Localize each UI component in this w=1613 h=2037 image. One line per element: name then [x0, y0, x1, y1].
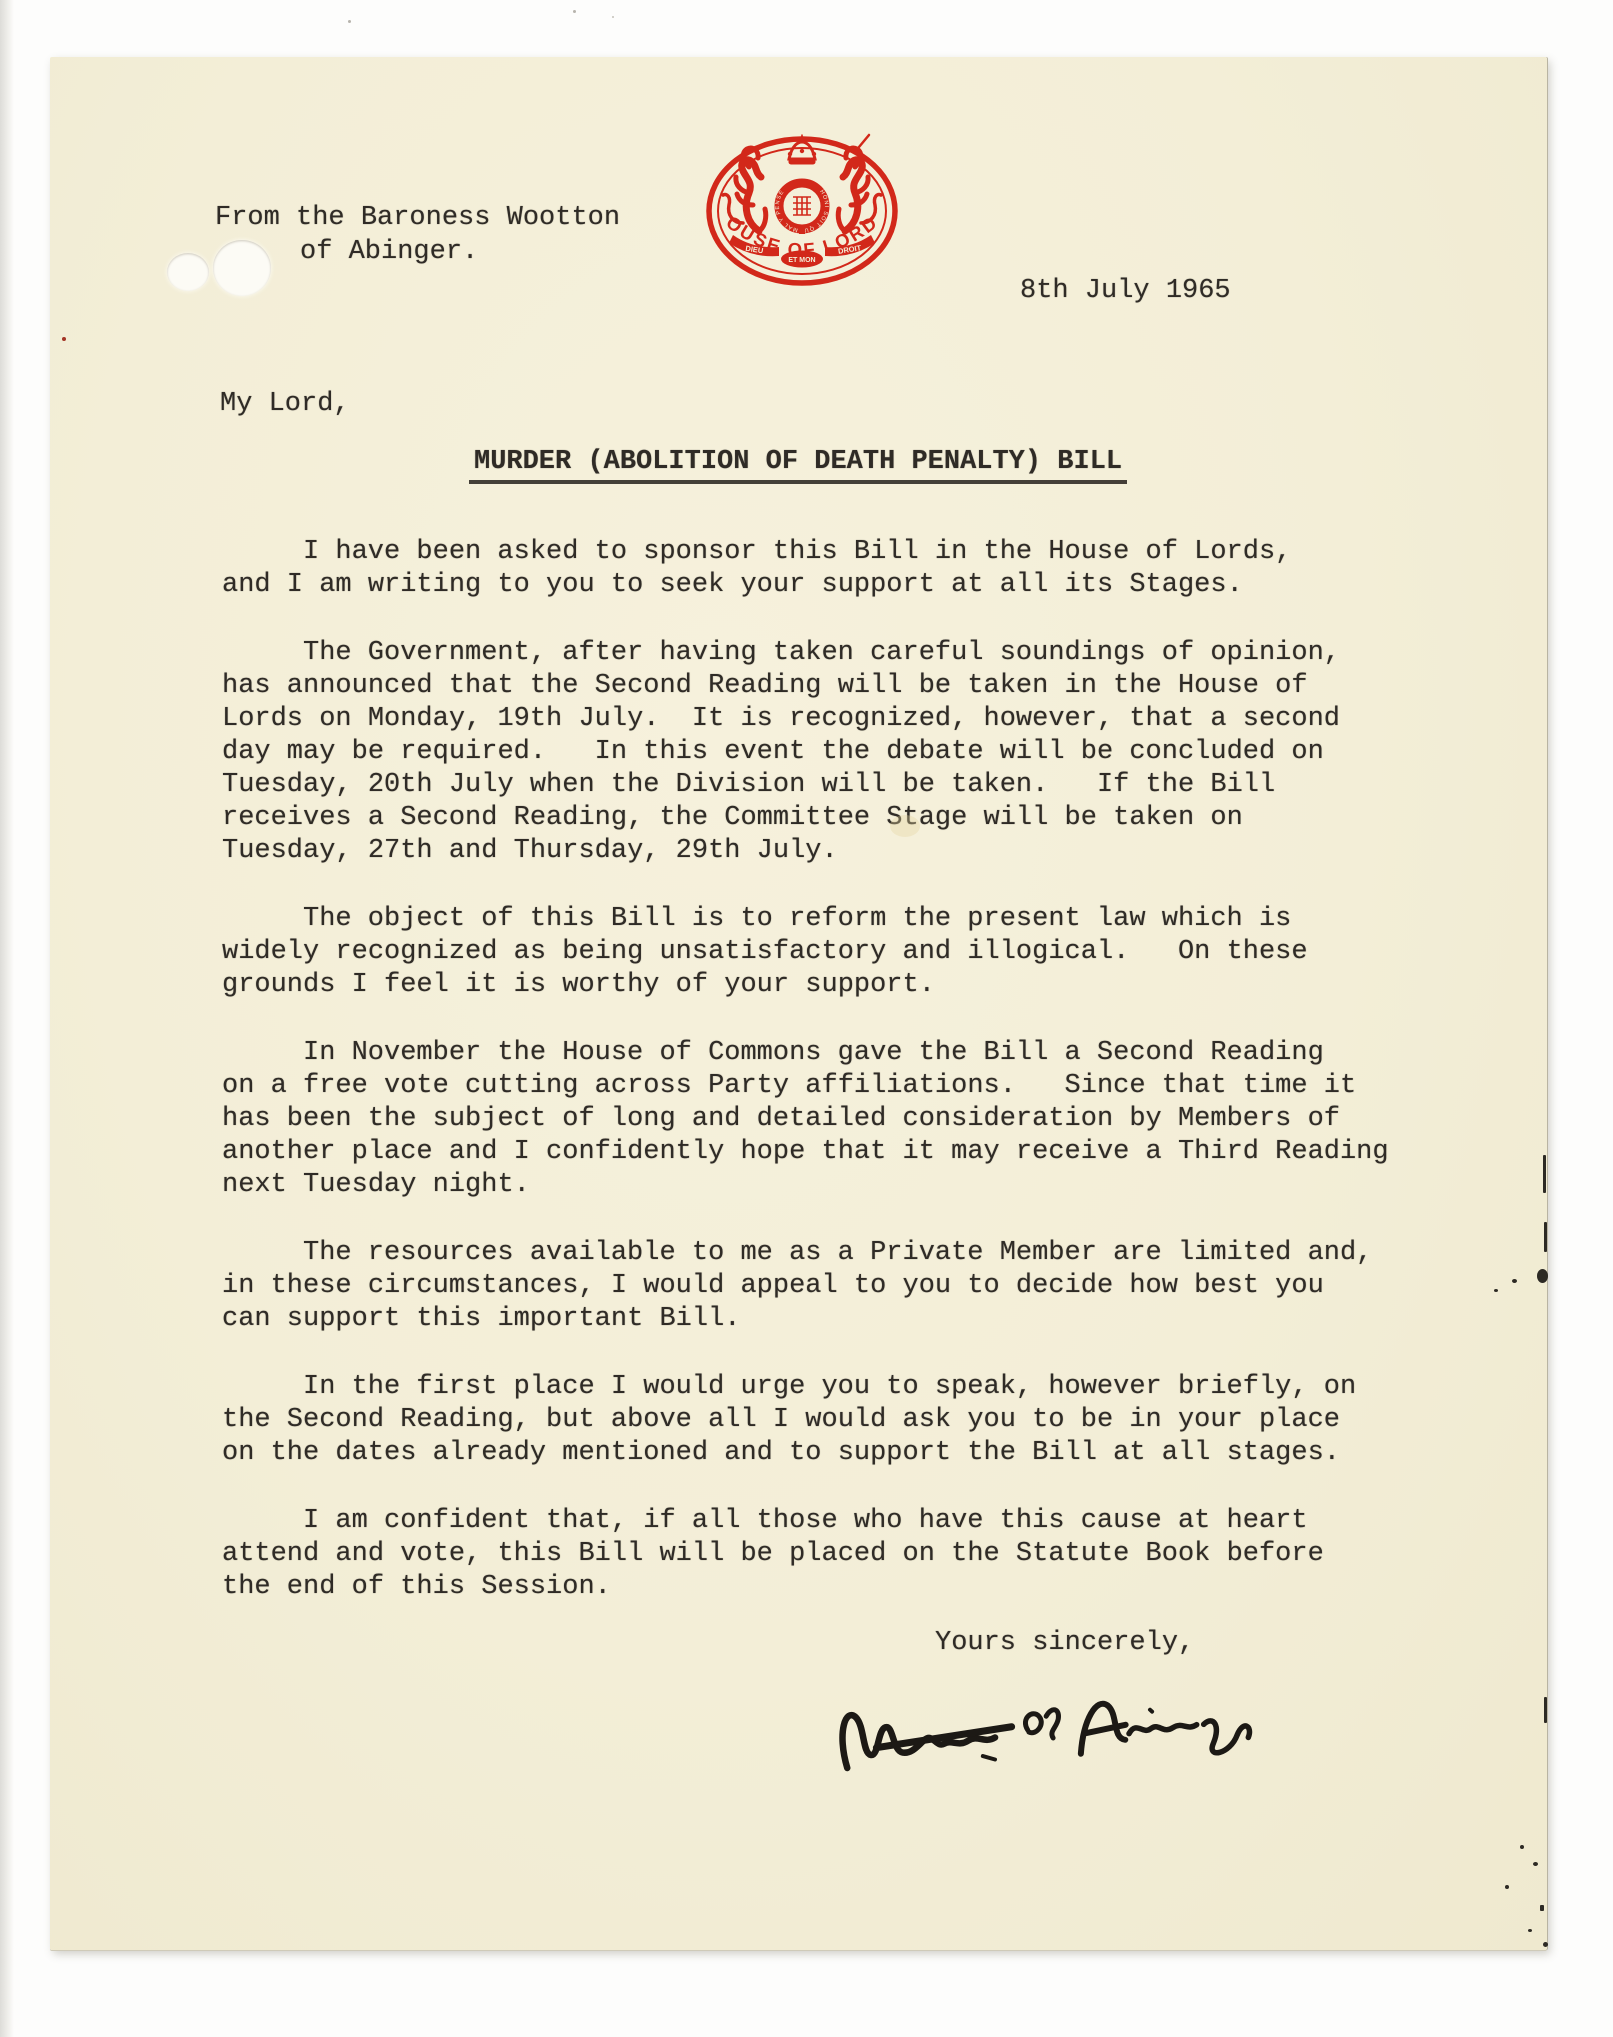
letter-paragraph: The resources available to me as a Priva…	[222, 1237, 1452, 1336]
letter-line: and I am writing to you to seek your sup…	[222, 569, 1452, 602]
letter-paragraph: In November the House of Commons gave th…	[222, 1037, 1452, 1202]
letter-paragraph: I am confident that, if all those who ha…	[222, 1505, 1452, 1604]
letter-line: receives a Second Reading, the Committee…	[222, 802, 1452, 835]
letter-line: the end of this Session.	[222, 1571, 1452, 1604]
letter-line: The object of this Bill is to reform the…	[222, 903, 1452, 936]
ink-mark	[1544, 1697, 1547, 1723]
ink-speck	[1520, 1845, 1524, 1849]
red-speck	[62, 337, 66, 341]
subject-heading: MURDER (ABOLITION OF DEATH PENALTY) BILL	[469, 446, 1127, 484]
letter-paragraph: The object of this Bill is to reform the…	[222, 903, 1452, 1002]
scan-speck	[573, 10, 576, 13]
letter-paragraph: In the first place I would urge you to s…	[222, 1371, 1452, 1470]
scanner-edge-shadow	[0, 0, 14, 2037]
closing-phrase: Yours sincerely,	[935, 1627, 1194, 1660]
ink-speck	[1505, 1885, 1509, 1889]
letter-line: on a free vote cutting across Party affi…	[222, 1070, 1452, 1103]
letter-line: has announced that the Second Reading wi…	[222, 670, 1452, 703]
motto-left-text: DIEU	[745, 244, 764, 256]
letter-body: I have been asked to sponsor this Bill i…	[222, 536, 1452, 1639]
paper-damage-spot	[167, 253, 209, 291]
letter-line: in these circumstances, I would appeal t…	[222, 1270, 1452, 1303]
letter-line: I am confident that, if all those who ha…	[222, 1505, 1452, 1538]
letter-line: In November the House of Commons gave th…	[222, 1037, 1452, 1070]
letter-line: I have been asked to sponsor this Bill i…	[222, 536, 1452, 569]
ink-mark	[1544, 1222, 1547, 1252]
letter-line: In the first place I would urge you to s…	[222, 1371, 1452, 1404]
salutation: My Lord,	[220, 388, 350, 421]
letter-line: The resources available to me as a Priva…	[222, 1237, 1452, 1270]
letter-date: 8th July 1965	[1020, 275, 1231, 308]
letter-line: Tuesday, 20th July when the Division wil…	[222, 769, 1452, 802]
letter-line: day may be required. In this event the d…	[222, 736, 1452, 769]
ink-mark	[1512, 1279, 1517, 1283]
letter-paragraph: I have been asked to sponsor this Bill i…	[222, 536, 1452, 602]
letter-line: can support this important Bill.	[222, 1303, 1452, 1336]
ink-mark	[1543, 1155, 1546, 1193]
ink-speck	[1543, 1942, 1548, 1947]
ink-speck	[1528, 1929, 1532, 1932]
letter-line: Tuesday, 27th and Thursday, 29th July.	[222, 835, 1452, 868]
letter-line: next Tuesday night.	[222, 1169, 1452, 1202]
ink-speck	[1540, 1905, 1544, 1911]
signature-wootton-of-abinger	[829, 1655, 1275, 1814]
letter-line: widely recognized as being unsatisfactor…	[222, 936, 1452, 969]
letter-line: on the dates already mentioned and to su…	[222, 1437, 1452, 1470]
letter-line: attend and vote, this Bill will be place…	[222, 1538, 1452, 1571]
scan-speck	[612, 16, 614, 18]
letterhead-sender-line2: of Abinger.	[300, 236, 478, 269]
letter-line: the Second Reading, but above all I woul…	[222, 1404, 1452, 1437]
letter-line: Lords on Monday, 19th July. It is recogn…	[222, 703, 1452, 736]
letter-page: From the Baroness Wootton of Abinger. HO…	[50, 57, 1547, 1950]
scan-speck	[348, 20, 351, 23]
ink-speck	[1533, 1862, 1538, 1866]
letter-paragraph: The Government, after having taken caref…	[222, 637, 1452, 868]
letter-line: grounds I feel it is worthy of your supp…	[222, 969, 1452, 1002]
motto-center-text: ET MON	[788, 257, 815, 264]
paper-damage-spot	[213, 240, 271, 296]
letter-line: The Government, after having taken caref…	[222, 637, 1452, 670]
ink-mark	[1494, 1289, 1498, 1292]
letter-line: another place and I confidently hope tha…	[222, 1136, 1452, 1169]
letterhead-sender-line1: From the Baroness Wootton	[215, 202, 620, 235]
ink-blot	[1537, 1269, 1548, 1283]
house-of-lords-crest: HOUSE OF LORDS HONI	[703, 131, 901, 291]
letter-line: has been the subject of long and detaile…	[222, 1103, 1452, 1136]
smudge	[890, 815, 920, 837]
